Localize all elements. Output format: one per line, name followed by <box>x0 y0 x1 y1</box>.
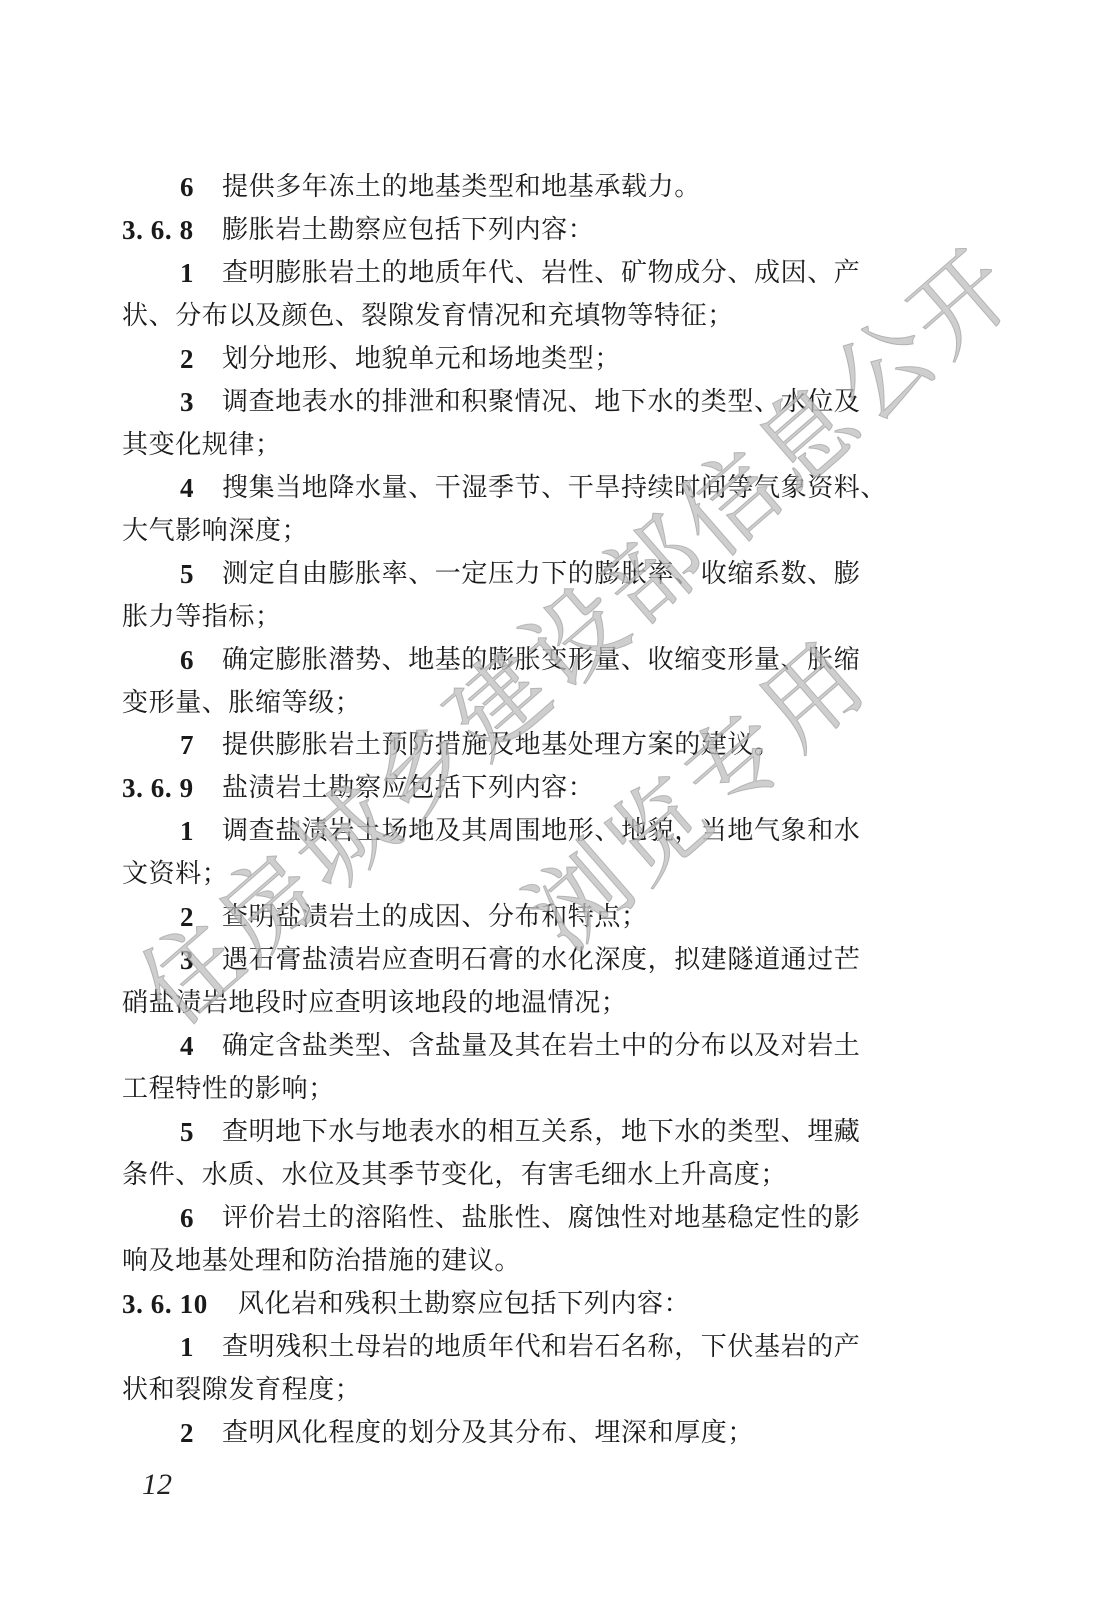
item-text: 查明膨胀岩土的地质年代、岩性、矿物成分、成因、产 <box>222 252 860 295</box>
list-item-continuation: 条件、水质、水位及其季节变化，有害毛细水上升高度； <box>122 1154 922 1197</box>
item-number: 4 <box>180 1025 194 1068</box>
clause-number: 3. 6. 10 <box>122 1283 208 1326</box>
item-text: 遇石膏盐渍岩应查明石膏的水化深度，拟建隧道通过芒 <box>222 939 860 982</box>
item-number: 2 <box>180 896 194 939</box>
list-item-continuation: 其变化规律； <box>122 424 922 467</box>
list-item: 4 确定含盐类型、含盐量及其在岩土中的分布以及对岩土 <box>122 1025 922 1068</box>
item-number: 4 <box>180 467 194 510</box>
list-item-continuation: 文资料； <box>122 853 922 896</box>
item-text: 文资料； <box>122 853 228 896</box>
list-item-continuation: 大气影响深度； <box>122 510 922 553</box>
list-item: 2 查明盐渍岩土的成因、分布和特点； <box>122 896 922 939</box>
item-text: 确定膨胀潜势、地基的膨胀变形量、收缩变形量、胀缩 <box>222 639 860 682</box>
item-number: 5 <box>180 553 194 596</box>
item-number: 6 <box>180 166 194 209</box>
item-text: 硝盐渍岩地段时应查明该地段的地温情况； <box>122 982 627 1025</box>
item-text: 其变化规律； <box>122 424 282 467</box>
item-text: 搜集当地降水量、干湿季节、干旱持续时间等气象资料、 <box>222 467 887 510</box>
list-item: 6 确定膨胀潜势、地基的膨胀变形量、收缩变形量、胀缩 <box>122 639 922 682</box>
list-item: 3 遇石膏盐渍岩应查明石膏的水化深度，拟建隧道通过芒 <box>122 939 922 982</box>
clause-heading: 3. 6. 10 风化岩和残积土勘察应包括下列内容： <box>122 1283 922 1326</box>
clause-heading: 3. 6. 8 膨胀岩土勘察应包括下列内容： <box>122 209 922 252</box>
item-text: 划分地形、地貌单元和场地类型； <box>222 338 621 381</box>
item-number: 1 <box>180 252 194 295</box>
clause-text: 盐渍岩土勘察应包括下列内容： <box>222 767 594 810</box>
list-item-continuation: 响及地基处理和防治措施的建议。 <box>122 1240 922 1283</box>
document-page: 6 提供多年冻土的地基类型和地基承载力。 3. 6. 8 膨胀岩土勘察应包括下列… <box>0 0 1103 1598</box>
item-number: 2 <box>180 1412 194 1455</box>
clause-text: 风化岩和残积土勘察应包括下列内容： <box>238 1283 690 1326</box>
item-text: 调查地表水的排泄和积聚情况、地下水的类型、水位及 <box>222 381 860 424</box>
item-number: 3 <box>180 939 194 982</box>
list-item: 7 提供膨胀岩土预防措施及地基处理方案的建议。 <box>122 724 922 767</box>
item-text: 查明盐渍岩土的成因、分布和特点； <box>222 896 648 939</box>
item-number: 1 <box>180 1326 194 1369</box>
item-text: 测定自由膨胀率、一定压力下的膨胀率、收缩系数、膨 <box>222 553 860 596</box>
item-number: 6 <box>180 639 194 682</box>
page-number: 12 <box>142 1468 172 1502</box>
list-item: 2 划分地形、地貌单元和场地类型； <box>122 338 922 381</box>
item-number: 6 <box>180 1197 194 1240</box>
list-item: 6 评价岩土的溶陷性、盐胀性、腐蚀性对地基稳定性的影 <box>122 1197 922 1240</box>
item-number: 2 <box>180 338 194 381</box>
item-text: 查明地下水与地表水的相互关系，地下水的类型、埋藏 <box>222 1111 860 1154</box>
item-text: 提供膨胀岩土预防措施及地基处理方案的建议。 <box>222 724 781 767</box>
list-item: 3 调查地表水的排泄和积聚情况、地下水的类型、水位及 <box>122 381 922 424</box>
item-number: 5 <box>180 1111 194 1154</box>
clause-number: 3. 6. 8 <box>122 209 194 252</box>
item-text: 胀力等指标； <box>122 596 282 639</box>
list-item: 4 搜集当地降水量、干湿季节、干旱持续时间等气象资料、 <box>122 467 922 510</box>
list-item-continuation: 状、分布以及颜色、裂隙发育情况和充填物等特征； <box>122 295 922 338</box>
list-item-continuation: 工程特性的影响； <box>122 1068 922 1111</box>
item-text: 确定含盐类型、含盐量及其在岩土中的分布以及对岩土 <box>222 1025 860 1068</box>
item-text: 评价岩土的溶陷性、盐胀性、腐蚀性对地基稳定性的影 <box>222 1197 860 1240</box>
list-item-continuation: 胀力等指标； <box>122 596 922 639</box>
item-text: 状和裂隙发育程度； <box>122 1369 361 1412</box>
item-text: 工程特性的影响； <box>122 1068 335 1111</box>
item-number: 3 <box>180 381 194 424</box>
list-item: 1 调查盐渍岩土场地及其周围地形、地貌，当地气象和水 <box>122 810 922 853</box>
item-text: 条件、水质、水位及其季节变化，有害毛细水上升高度； <box>122 1154 787 1197</box>
item-text: 查明风化程度的划分及其分布、埋深和厚度； <box>222 1412 754 1455</box>
item-text: 响及地基处理和防治措施的建议。 <box>122 1240 521 1283</box>
item-text: 状、分布以及颜色、裂隙发育情况和充填物等特征； <box>122 295 734 338</box>
item-text: 大气影响深度； <box>122 510 308 553</box>
list-item: 1 查明膨胀岩土的地质年代、岩性、矿物成分、成因、产 <box>122 252 922 295</box>
list-item: 2 查明风化程度的划分及其分布、埋深和厚度； <box>122 1412 922 1455</box>
list-item-continuation: 变形量、胀缩等级； <box>122 682 922 725</box>
clause-heading: 3. 6. 9 盐渍岩土勘察应包括下列内容： <box>122 767 922 810</box>
list-item: 1 查明残积土母岩的地质年代和岩石名称，下伏基岩的产 <box>122 1326 922 1369</box>
list-item: 5 查明地下水与地表水的相互关系，地下水的类型、埋藏 <box>122 1111 922 1154</box>
item-text: 提供多年冻土的地基类型和地基承载力。 <box>222 166 701 209</box>
item-number: 7 <box>180 724 194 767</box>
list-item: 6 提供多年冻土的地基类型和地基承载力。 <box>122 166 922 209</box>
item-text: 调查盐渍岩土场地及其周围地形、地貌，当地气象和水 <box>222 810 860 853</box>
clause-number: 3. 6. 9 <box>122 767 194 810</box>
item-number: 1 <box>180 810 194 853</box>
list-item-continuation: 硝盐渍岩地段时应查明该地段的地温情况； <box>122 982 922 1025</box>
clause-text: 膨胀岩土勘察应包括下列内容： <box>222 209 594 252</box>
list-item-continuation: 状和裂隙发育程度； <box>122 1369 922 1412</box>
item-text: 变形量、胀缩等级； <box>122 682 361 725</box>
list-item: 5 测定自由膨胀率、一定压力下的膨胀率、收缩系数、膨 <box>122 553 922 596</box>
item-text: 查明残积土母岩的地质年代和岩石名称，下伏基岩的产 <box>222 1326 860 1369</box>
